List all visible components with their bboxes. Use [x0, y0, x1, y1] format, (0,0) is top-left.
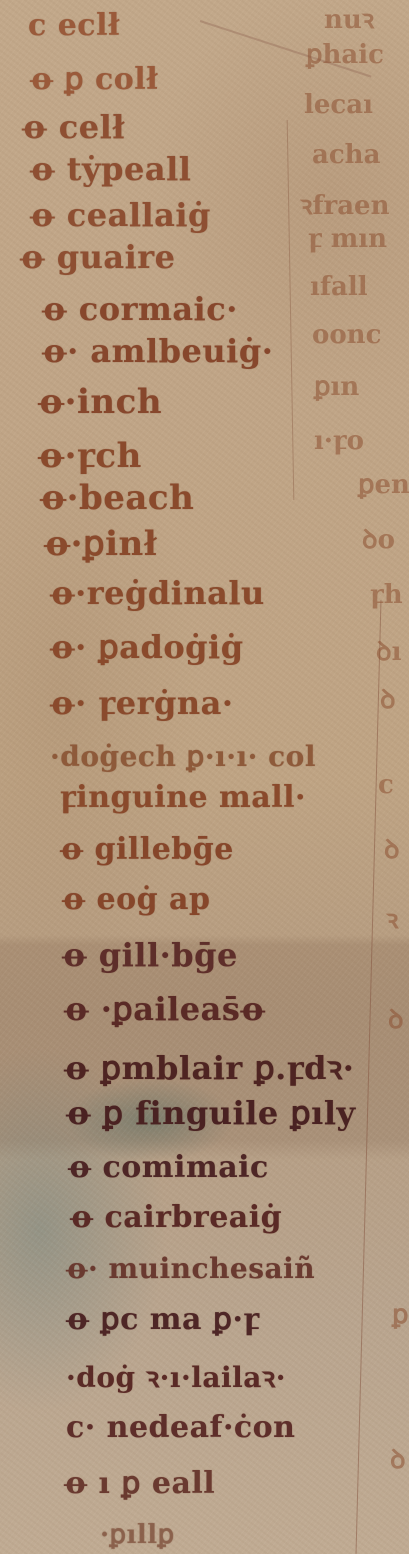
manuscript-line: ꝋ celł — [22, 108, 125, 146]
manuscript-line: ꝋ guaire — [20, 238, 176, 276]
manuscript-line-partial: ꝺı — [376, 632, 401, 668]
manuscript-line-partial: acha — [312, 140, 380, 170]
manuscript-line: ꝋ ꝑc ma ꝑ·ꝼ — [66, 1302, 260, 1337]
manuscript-line: ꝋ gill·bḡe — [62, 936, 238, 974]
manuscript-line-partial: ꝼh — [370, 580, 403, 610]
manuscript-line: c· nedeaf·ċon — [66, 1410, 296, 1445]
manuscript-line-partial: ꝑhaic — [306, 40, 384, 70]
manuscript-line: ꝋ·beach — [40, 478, 194, 518]
manuscript-line-partial: c — [378, 770, 394, 800]
manuscript-line-partial: ꝺ — [384, 830, 400, 866]
manuscript-line: ꝋ gillebḡe — [60, 832, 234, 867]
manuscript-line-partial: ꝺ — [388, 1000, 404, 1036]
manuscript-line: ꝋ ceallaiġ — [30, 196, 211, 234]
manuscript-line: ꝋ ·ꝑaileas̄ꝋ — [64, 990, 266, 1028]
manuscript-line-partial: ꝺ — [380, 680, 396, 716]
manuscript-line: ꝋ·ꝼch — [38, 436, 142, 476]
manuscript-line-partial: ıfall — [310, 272, 368, 302]
manuscript-line: ·ꝑıllꝑ — [100, 1520, 175, 1550]
manuscript-line: ꝋ ı ꝑ eall — [64, 1466, 215, 1501]
manuscript-line: ꝋ ꝑ colł — [30, 62, 158, 97]
manuscript-line: ꝋ comimaic — [68, 1150, 269, 1185]
manuscript-line: ꝋ cormaic· — [42, 290, 238, 328]
manuscript-line: ·doġ ꝛ·ı·lailaꝛ· — [66, 1358, 286, 1396]
manuscript-line-partial: ꝑın — [314, 372, 359, 402]
manuscript-line-partial: ꝑen — [358, 470, 409, 500]
manuscript-line: ꝋ·reġdinalu — [50, 574, 265, 612]
manuscript-line-partial: ꝺo — [362, 520, 395, 556]
manuscript-line: ꝋ eoġ ap — [62, 882, 210, 917]
manuscript-line-partial: oonc — [312, 320, 381, 350]
main-text-column: c eclłꝋ ꝑ colłꝋ celłꝋ tẏpeallꝋ ceallaiġꝋ… — [0, 0, 300, 1554]
manuscript-line: ꝋ· ꝑadoġiġ — [50, 628, 244, 666]
manuscript-line-partial: ı·ꝼo — [314, 426, 364, 456]
manuscript-line-partial: lecaı — [304, 90, 373, 120]
manuscript-line: ꝋ·inch — [38, 382, 162, 422]
manuscript-line: ꝋ cairbreaiġ — [70, 1200, 282, 1235]
manuscript-line: ꝼinguine mall· — [60, 780, 306, 815]
manuscript-line-partial: ꝼ mın — [308, 224, 387, 254]
manuscript-line: ꝋ· ꝼerġna· — [50, 684, 234, 722]
right-text-column-partial: nuꝛꝑhaiclecaıachaꝛfraenꝼ mınıfallooncꝑın… — [300, 0, 409, 1554]
manuscript-line: c eclł — [28, 8, 120, 43]
manuscript-line-partial: ꝑ — [392, 1300, 409, 1330]
manuscript-line-partial: ꝺ — [390, 1440, 406, 1476]
manuscript-line: ꝋ·ꝑinł — [44, 524, 157, 564]
manuscript-line-partial: ꝛ — [386, 900, 398, 936]
manuscript-line-partial: nuꝛ — [324, 0, 374, 36]
manuscript-line: ꝋ· muinchesaiñ — [66, 1252, 315, 1285]
manuscript-line: ꝋ· amlbeuiġ· — [42, 332, 273, 370]
manuscript-line: ·doġech ꝑ·ı·ı· col — [50, 740, 316, 773]
manuscript-line-partial: ꝛfraen — [300, 186, 390, 222]
manuscript-line: ꝋ tẏpeall — [30, 150, 191, 188]
